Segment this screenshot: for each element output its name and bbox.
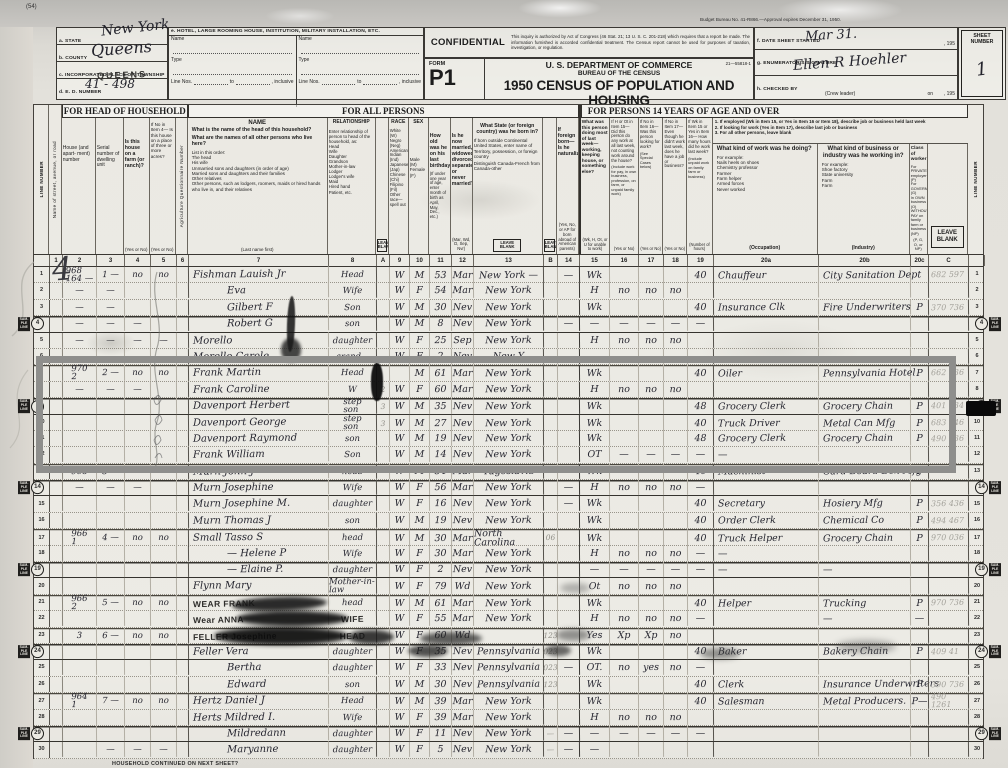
confidential-label: CONFIDENTIAL	[425, 37, 511, 48]
cell-w19: 40	[688, 300, 714, 316]
column-number: 6	[177, 255, 189, 266]
line-number-right: 23	[969, 628, 985, 643]
cell-sex: M	[410, 267, 430, 283]
sample-line-marker: SAM- PLE LINE19	[18, 563, 44, 577]
cell-occ: Helper	[714, 594, 819, 611]
cell-a	[377, 677, 390, 693]
cell-age: 79	[430, 578, 452, 594]
table-row: SAM- PLE LINE19— Elaine P.daughterWF2Nev…	[34, 562, 983, 578]
line-number-right: 26	[969, 677, 985, 692]
cell-occ	[714, 742, 819, 758]
col-header-street: Name of street, avenue, or road	[49, 105, 61, 254]
cell-house	[63, 513, 97, 529]
cell-acres	[151, 546, 177, 562]
cell-w17: Xp	[639, 627, 664, 643]
cell-serial	[97, 611, 125, 627]
cell-mar: Nev	[452, 726, 474, 742]
cell-w19: 40	[688, 677, 714, 693]
cell-nat	[558, 693, 580, 709]
cell-house: —	[63, 316, 97, 332]
cell-w18: no	[664, 709, 688, 725]
table-row: 28Herts Mildred I.WifeWF39MarNew YorkHno…	[34, 710, 983, 726]
cell-cls: P	[911, 677, 929, 693]
col-header-relationship: RELATIONSHIP Enter relationship of perso…	[328, 118, 376, 254]
cell-nat	[558, 595, 580, 611]
cell-name: Mildredann	[189, 725, 329, 742]
cell-race: W	[390, 709, 410, 725]
cell-w17	[639, 693, 664, 709]
cell-b: 123	[544, 628, 558, 644]
cell-rel: Wife	[329, 545, 377, 561]
cell-w15: Wk	[580, 677, 610, 693]
cell-race: W	[390, 644, 410, 660]
cell-serial	[97, 726, 125, 742]
cell-born: New York	[474, 299, 544, 315]
cell-occ: Order Clerk	[714, 512, 819, 528]
cell-cls	[911, 546, 929, 562]
cell-sex: M	[410, 677, 430, 693]
line-number-left: 30	[34, 742, 50, 757]
cell-cls	[911, 726, 929, 742]
column-number: 11	[430, 255, 452, 266]
cell-mar: Mar	[452, 283, 474, 299]
cell-w19: 40	[688, 513, 714, 529]
cell-w15: H	[580, 611, 610, 627]
checked-year-print: , 195	[944, 92, 955, 98]
checked-by-label: h. CHECKED BY	[757, 87, 798, 92]
column-number: 17	[639, 255, 664, 266]
cell-occ	[714, 627, 819, 643]
cell-w16	[610, 644, 639, 660]
census-sheet-scan: (54) Budget Bureau No. 41-R866.—Approval…	[0, 0, 1008, 768]
hotel-name-label: Name	[171, 37, 294, 43]
cell-w15: —	[580, 562, 610, 578]
location-fields: a. STATE New York b. COUNTY Queens c. IN…	[56, 27, 168, 100]
line-number-right: 15	[969, 496, 985, 511]
cell-st	[50, 300, 63, 316]
county-value: Queens	[90, 37, 152, 60]
cell-race: W	[390, 546, 410, 562]
cell-w15: H	[580, 332, 610, 348]
cell-born: New York	[474, 709, 544, 725]
column-number: 4	[125, 255, 151, 266]
cell-occ: Baker	[714, 643, 819, 659]
cell-name: Gilbert F	[189, 299, 329, 316]
line-number-left: 20	[34, 578, 50, 594]
numbers-row: 12345678A910111213B14151617181920a20b20c…	[33, 254, 984, 267]
line-number-right: 13	[969, 464, 985, 479]
confidential-block: CONFIDENTIAL This inquiry is authorized …	[424, 27, 754, 58]
cell-name: Hertz Daniel J	[189, 692, 329, 710]
cell-st	[50, 726, 63, 742]
cell-name: Maryanne	[189, 742, 329, 759]
cell-w15: —	[580, 742, 610, 758]
sample-line-label: SAM- PLE LINE	[18, 317, 30, 331]
cell-house	[63, 660, 97, 676]
cell-mar: Mar	[452, 546, 474, 562]
cell-bus: Trucking	[819, 594, 911, 611]
line-number-right: 4SAM- PLE LINE	[969, 316, 985, 331]
cell-born: New York	[474, 332, 544, 348]
cell-a	[377, 709, 390, 725]
cell-serial: 7 —	[97, 693, 125, 709]
col-header-has-job-18: If No in Item 17— Even though he didn't …	[663, 118, 687, 254]
cell-a	[377, 660, 390, 676]
cell-house	[63, 611, 97, 627]
sample-line-marker: 24SAM- PLE LINE	[975, 645, 1001, 659]
cell-race: W	[390, 595, 410, 611]
cell-agq	[177, 333, 189, 349]
cell-w17: —	[639, 726, 664, 742]
cell-w17: no	[639, 480, 664, 496]
cell-w16	[610, 677, 639, 693]
cell-serial: —	[97, 300, 125, 316]
cell-agq	[177, 660, 189, 676]
cell-rel: WIFE	[329, 611, 377, 627]
cell-house	[63, 496, 97, 512]
cell-nat: —	[558, 496, 580, 512]
cell-a	[377, 316, 390, 332]
cell-race: W	[390, 267, 410, 283]
form-code: P1	[429, 67, 480, 89]
column-number: 20b	[819, 255, 911, 266]
cell-st	[50, 742, 63, 758]
table-row: 15Murn Josephine M.daughterWF16NevNew Yo…	[34, 496, 983, 512]
cell-occ: —	[714, 561, 819, 577]
cell-occ	[714, 660, 819, 676]
county-label: b. COUNTY	[59, 56, 87, 61]
section-title-persons-14: FOR PERSONS 14 YEARS OF AGE AND OVER	[581, 105, 968, 118]
cell-name: Murn Josephine M.	[189, 496, 329, 513]
cell-serial: —	[97, 742, 125, 758]
cell-a	[377, 496, 390, 512]
cell-b: —	[544, 726, 558, 742]
col-header-acres: If No in Item 4— Is this house on a plac…	[150, 118, 176, 254]
cell-w15: OT.	[580, 660, 610, 676]
cell-sex: F	[410, 726, 430, 742]
cell-house	[63, 742, 97, 758]
cell-w16	[610, 513, 639, 529]
cell-w15: —	[580, 726, 610, 742]
cell-name: Eva	[189, 283, 329, 300]
cell-w17: no	[639, 332, 664, 348]
table-row: 5————MorellodaughterWF25SepNew YorkHnono…	[34, 333, 983, 349]
cell-w19	[688, 283, 714, 299]
cell-w18: no	[664, 283, 688, 299]
cell-rel: head	[329, 595, 377, 612]
cell-st	[50, 611, 63, 627]
cell-nat	[558, 611, 580, 627]
line-number-right: 19SAM- PLE LINE	[969, 562, 985, 577]
cell-cls: P	[911, 595, 929, 611]
line-number-right: 9SAM- PLE LINE	[969, 398, 985, 414]
line-number-left: 27	[34, 693, 50, 709]
cell-age: 11	[430, 726, 452, 742]
cell-b	[544, 578, 558, 594]
cell-bus: Fire Underwriters	[819, 299, 911, 315]
cell-race: W	[390, 513, 410, 529]
cell-nat: —	[558, 480, 580, 496]
cell-b: 06	[544, 529, 558, 547]
cell-farm	[125, 709, 151, 725]
form-title-block: FORM P1 U. S. DEPARTMENT OF COMMERCE BUR…	[424, 58, 754, 100]
cell-c	[929, 627, 969, 643]
cell-rel: Head	[329, 267, 377, 284]
sample-line-label: SAM- PLE LINE	[989, 727, 1001, 741]
cell-agq	[177, 726, 189, 742]
col-header-looking-17: If No in Item 16— Was this person lookin…	[639, 118, 664, 254]
col-header-farm: Is this house on a farm (or ranch)?(Yes …	[124, 118, 150, 254]
sample-line-marker: SAM- PLE LINE24	[18, 645, 44, 659]
cell-farm	[125, 660, 151, 676]
table-row: 22Wear ANNAWIFEWF55MarNew YorkHnonono———…	[34, 611, 983, 627]
cell-born: New York	[474, 562, 544, 578]
cell-occ: Chauffeur	[714, 266, 819, 283]
cell-st	[50, 709, 63, 725]
cell-w18	[664, 677, 688, 693]
cell-st	[50, 496, 63, 512]
cell-house: —	[63, 332, 97, 348]
cell-sex: M	[410, 316, 430, 332]
cell-age: 35	[430, 644, 452, 660]
column-number: 7	[189, 255, 329, 266]
cell-w17	[639, 644, 664, 660]
cell-occ	[714, 709, 819, 725]
cell-w15: —	[580, 316, 610, 332]
cell-w18: —	[664, 726, 688, 742]
column-number: 8	[329, 255, 377, 266]
cell-mar: Mar	[452, 480, 474, 496]
line-number-right: 28	[969, 710, 985, 725]
cell-agq	[177, 709, 189, 725]
cell-agq	[177, 267, 189, 283]
table-row: 26EdwardsonWM30NevPennsylvania123Wk40Cle…	[34, 677, 983, 693]
cell-sex: F	[410, 742, 430, 758]
cell-bus: —	[819, 611, 911, 627]
cell-w19: —	[688, 726, 714, 742]
cell-w19: —	[688, 546, 714, 562]
cell-house	[63, 677, 97, 693]
cell-w16: —	[610, 726, 639, 742]
column-number: 20c	[911, 255, 929, 266]
sample-line-number: 4	[31, 317, 44, 330]
column-number: 12	[452, 255, 474, 266]
col-header-sex: SEXMale (M) Female (F)	[409, 118, 429, 254]
cell-age: 25	[430, 332, 452, 348]
col-header-line-number-right: LINE NUMBER	[968, 105, 983, 254]
form-number: 21—55818-1	[726, 61, 751, 66]
cell-w18: no	[664, 332, 688, 348]
cell-serial: 5 —	[97, 595, 125, 611]
cell-c	[929, 562, 969, 578]
cell-house	[63, 644, 97, 660]
hotel-col-1: Name Type Line Nos. to , inclusive	[169, 36, 297, 107]
line-number-right: 10	[969, 415, 985, 431]
cell-b	[544, 595, 558, 611]
cell-b	[544, 562, 558, 578]
cell-house	[63, 709, 97, 725]
hotel-to-label: to	[230, 80, 234, 86]
cell-w15: Ot	[580, 578, 610, 594]
cell-name: — Helene P	[189, 545, 329, 562]
cell-farm	[125, 726, 151, 742]
cell-w16: no	[610, 611, 639, 627]
col-header-worked-16: If H or Ot in Item 15— Did this person d…	[610, 118, 639, 254]
table-row: 1968 164 —1 —nonoFishman Lauish JrHeadWM…	[34, 267, 983, 283]
hotel-label: e. HOTEL, LARGE ROOMING HOUSE, INSTITUTI…	[169, 28, 423, 36]
cell-mar: Nev	[452, 742, 474, 758]
cell-w18	[664, 595, 688, 611]
cell-a	[377, 628, 390, 644]
col-header-name: NAME What is the name of the head of thi…	[188, 118, 328, 254]
col-header-age: How old was he on his last birthday?(If …	[429, 118, 451, 254]
cell-w17: no	[639, 578, 664, 594]
col-header-class-of-worker: Class of worker For PRIVATE employer (P)…	[910, 144, 928, 254]
sample-line-label: SAM- PLE LINE	[18, 727, 30, 741]
cell-a	[377, 578, 390, 594]
cell-born: New York	[474, 512, 544, 528]
cell-age: 61	[430, 595, 452, 611]
cell-w15: H	[580, 480, 610, 496]
cell-race: W	[390, 496, 410, 512]
cell-rel: daughter	[329, 496, 377, 512]
cell-occ	[714, 316, 819, 332]
cell-age: 16	[430, 496, 452, 512]
cell-cls	[911, 283, 929, 299]
cell-w18: no	[664, 480, 688, 496]
table-row: SAM- PLE LINE14———Murn JosephineWifeWF56…	[34, 480, 983, 496]
cell-born: New York	[474, 545, 544, 561]
cell-w19	[688, 627, 714, 643]
cell-name: Murn Josephine	[189, 479, 329, 496]
cell-born: New York	[474, 283, 544, 299]
cell-c	[929, 283, 969, 299]
cell-occ	[714, 725, 819, 741]
cell-c: 356 436	[929, 496, 969, 512]
cell-agq	[177, 693, 189, 709]
dept-line-1: U. S. DEPARTMENT OF COMMERCE	[485, 60, 753, 70]
cell-a	[377, 267, 390, 283]
cell-a	[377, 332, 390, 348]
section-persons-14-and-over: FOR PERSONS 14 YEARS OF AGE AND OVER Wha…	[579, 105, 968, 254]
cell-w16: no	[610, 545, 639, 561]
cell-a	[377, 529, 390, 547]
cell-rel: daughter	[329, 562, 377, 578]
cell-cls	[911, 480, 929, 496]
cell-agq	[177, 628, 189, 644]
cell-serial	[97, 513, 125, 529]
cell-w15: Wk	[580, 644, 610, 660]
sample-line-marker: 29SAM- PLE LINE	[975, 727, 1001, 741]
cell-age: 54	[430, 283, 452, 299]
confidential-text: This inquiry is authorized by Act of Con…	[511, 34, 753, 51]
sample-line-number: 24	[31, 645, 44, 658]
sample-line-number: 14	[31, 481, 44, 494]
cell-b	[544, 332, 558, 348]
cell-c	[929, 726, 969, 742]
cell-w16: Xp	[610, 627, 639, 643]
cell-b	[544, 611, 558, 627]
cell-w16	[610, 595, 639, 611]
cell-w16	[610, 267, 639, 283]
cell-w17	[639, 595, 664, 611]
cell-race: W	[390, 332, 410, 348]
line-number-right: 25	[969, 660, 985, 675]
table-row: 3——Gilbert FSonWM30NevNew YorkWk40Insura…	[34, 300, 983, 316]
cell-acres	[151, 644, 177, 660]
checked-on-label: on	[927, 92, 933, 98]
line-number-left: 25	[34, 660, 50, 675]
column-number: 18	[664, 255, 688, 266]
col-header-occupation: What kind of work was he doing? For exam…	[713, 144, 818, 254]
cell-c: 490 1261	[929, 693, 969, 710]
cell-rel: Wife	[329, 283, 377, 299]
table-body: 1968 164 —1 —nonoFishman Lauish JrHeadWM…	[33, 267, 984, 759]
cell-nat	[558, 578, 580, 594]
cell-w19	[688, 578, 714, 594]
cell-st	[50, 480, 63, 496]
cell-w18	[664, 644, 688, 660]
cell-b	[544, 709, 558, 725]
cell-name: Morello	[189, 332, 329, 349]
line-number-right: 21	[969, 595, 985, 611]
cell-mar: Mar	[452, 595, 474, 611]
cell-race: W	[390, 480, 410, 496]
line-number-right: 2	[969, 283, 985, 298]
cell-w18	[664, 693, 688, 709]
table-row: 18— Helene PWifeWF30MarNew YorkHnonono——…	[34, 546, 983, 562]
table-row: 2——EvaWifeWF54MarNew YorkHnonono2	[34, 283, 983, 299]
cell-serial	[97, 562, 125, 578]
cell-farm	[125, 496, 151, 512]
cell-rel: daughter	[329, 742, 377, 758]
cell-w16: no	[610, 709, 639, 725]
cell-b	[544, 480, 558, 496]
cell-house	[63, 726, 97, 742]
cell-name: Wear ANNA	[189, 610, 329, 628]
margin-handwritten-mark: 4	[51, 249, 74, 288]
cell-agq	[177, 677, 189, 693]
cell-w19: —	[688, 316, 714, 332]
line-number-right: 22	[969, 611, 985, 626]
cell-agq	[177, 529, 189, 547]
sheet-number-label: SHEET NUMBER	[962, 33, 1002, 45]
sheet-number-box: SHEET NUMBER 1	[958, 27, 1006, 100]
cell-w19: 40	[688, 267, 714, 283]
cell-mar: Nev	[452, 677, 474, 693]
cell-age: 5	[430, 742, 452, 758]
cell-born: New York	[474, 693, 544, 710]
cell-born: Pennsylvania	[474, 660, 544, 676]
cell-b	[544, 546, 558, 562]
sample-line-label: SAM- PLE LINE	[989, 481, 1001, 495]
cell-w15: Wk	[580, 513, 610, 529]
col-header-race: RACEWhite (W) Negro (Neg) American India…	[389, 118, 409, 254]
cell-a	[377, 562, 390, 578]
cell-race: W	[390, 316, 410, 332]
cell-name: Flynn Mary	[189, 578, 329, 596]
cell-a	[377, 283, 390, 299]
cell-serial: 6 —	[97, 627, 125, 643]
cell-mar: Wd	[452, 627, 474, 643]
table-row: SAM- PLE LINE24Feller VeradaughterWF35Ne…	[34, 644, 983, 660]
cell-w17: yes	[639, 660, 664, 676]
cell-rel: Mother-in-law	[329, 578, 377, 595]
cell-w16: —	[610, 562, 639, 578]
cell-age: 39	[430, 709, 452, 725]
cell-serial	[97, 545, 125, 561]
line-number-left: 23	[34, 628, 50, 643]
